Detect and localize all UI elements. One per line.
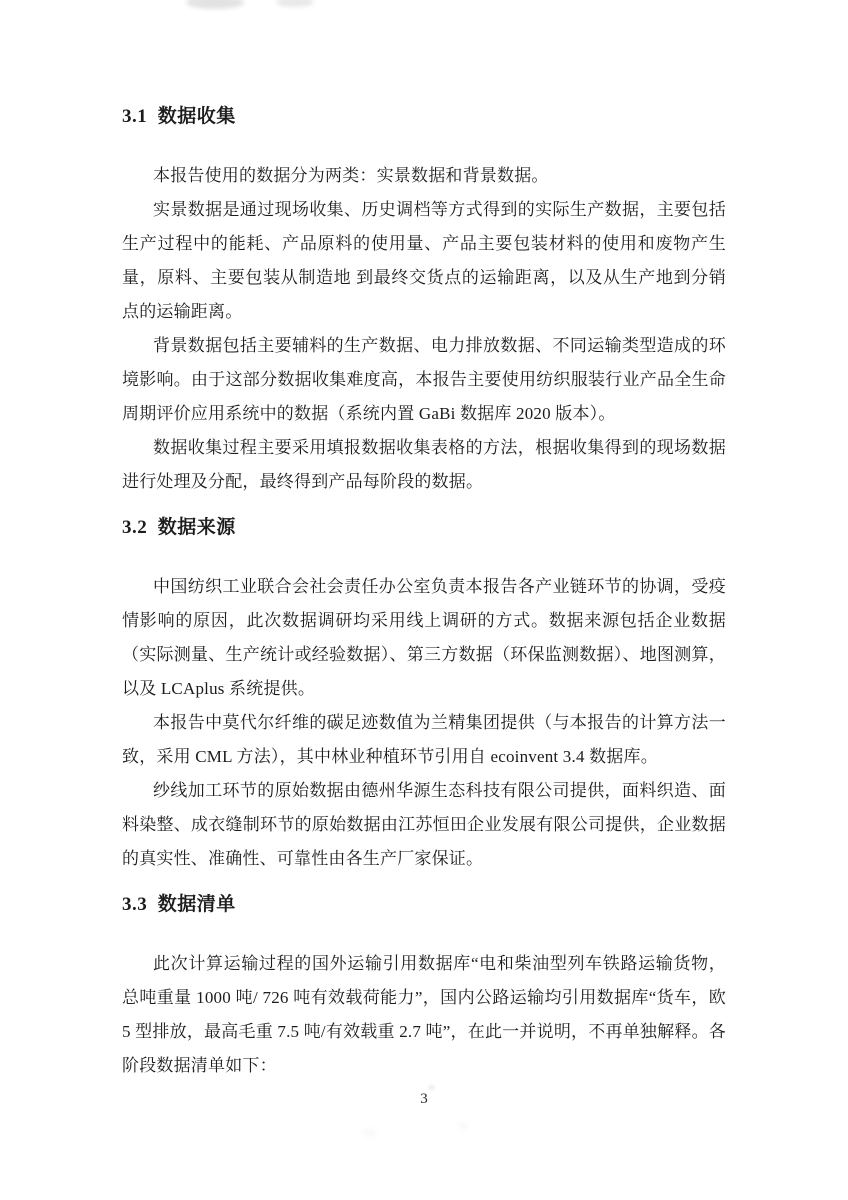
paragraph: 本报告中莫代尔纤维的碳足迹数值为兰精集团提供（与本报告的计算方法一致，采用 CM… — [122, 706, 726, 774]
page-number: 3 — [122, 1090, 726, 1108]
section-heading: 3.2数据来源 — [122, 511, 726, 545]
document-page: 3.1数据收集 本报告使用的数据分为两类：实景数据和背景数据。 实景数据是通过现… — [0, 0, 848, 1200]
section-title: 数据收集 — [158, 106, 236, 127]
section-number: 3.1 — [122, 106, 147, 127]
section-number: 3.3 — [122, 894, 147, 915]
scan-smudge — [362, 1128, 376, 1137]
section-data-inventory: 3.3数据清单 此次计算运输过程的国外运输引用数据库“电和柴油型列车铁路运输货物… — [122, 888, 726, 1083]
paragraph: 数据收集过程主要采用填报数据收集表格的方法，根据收集得到的现场数据进行处理及分配… — [122, 431, 726, 499]
section-heading: 3.1数据收集 — [122, 100, 726, 134]
paragraph: 此次计算运输过程的国外运输引用数据库“电和柴油型列车铁路运输货物，总吨重量 10… — [122, 947, 726, 1083]
paragraph: 背景数据包括主要辅料的生产数据、电力排放数据、不同运输类型造成的环境影响。由于这… — [122, 329, 726, 431]
paragraph: 本报告使用的数据分为两类：实景数据和背景数据。 — [122, 159, 726, 193]
section-data-collection: 3.1数据收集 本报告使用的数据分为两类：实景数据和背景数据。 实景数据是通过现… — [122, 100, 726, 499]
paragraph: 纱线加工环节的原始数据由德州华源生态科技有限公司提供，面料织造、面料染整、成衣缝… — [122, 774, 726, 876]
paragraph: 实景数据是通过现场收集、历史调档等方式得到的实际生产数据，主要包括生产过程中的能… — [122, 193, 726, 329]
section-number: 3.2 — [122, 517, 147, 538]
section-data-sources: 3.2数据来源 中国纺织工业联合会社会责任办公室负责本报告各产业链环节的协调，受… — [122, 511, 726, 876]
section-title: 数据清单 — [158, 894, 236, 915]
section-title: 数据来源 — [158, 517, 236, 538]
section-heading: 3.3数据清单 — [122, 888, 726, 922]
scan-smudge — [458, 1122, 468, 1130]
text-column: 3.1数据收集 本报告使用的数据分为两类：实景数据和背景数据。 实景数据是通过现… — [122, 0, 726, 1083]
paragraph: 中国纺织工业联合会社会责任办公室负责本报告各产业链环节的协调，受疫情影响的原因，… — [122, 570, 726, 706]
